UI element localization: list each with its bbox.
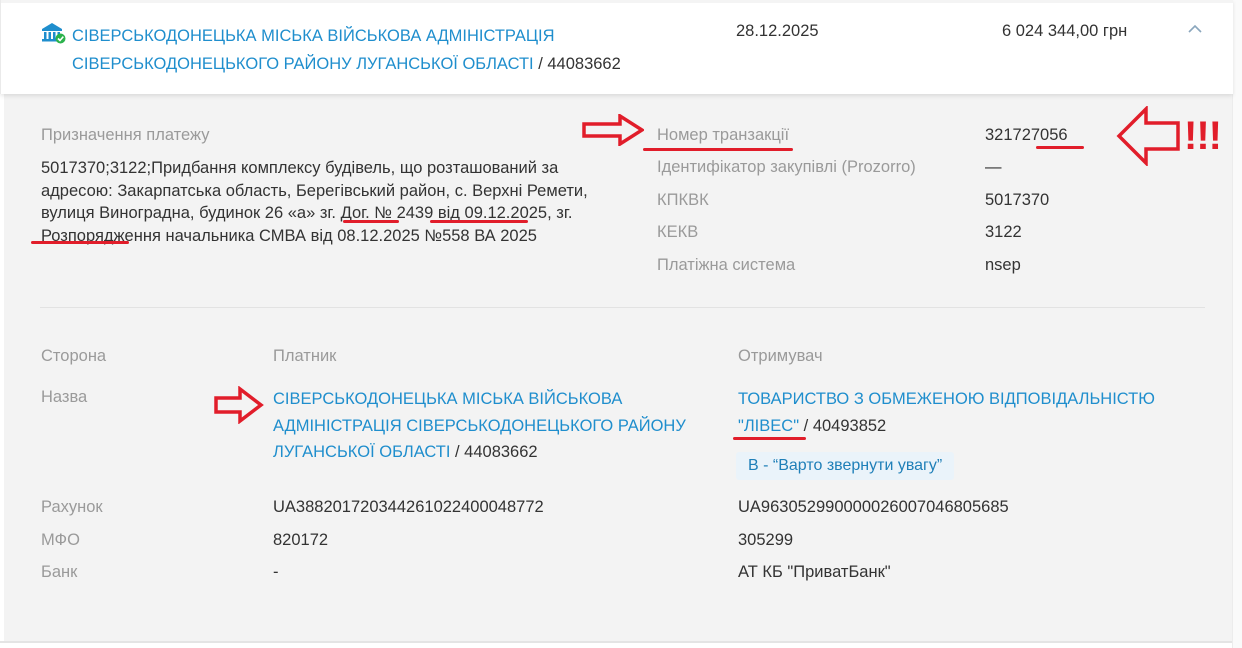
payer-mfo: 820172 — [273, 531, 328, 550]
annotation-underline — [31, 241, 129, 244]
field-value: nsep — [985, 256, 1021, 275]
bank-label: Банк — [41, 563, 77, 582]
field-label: КПКВК — [657, 191, 709, 210]
scrollbar-track[interactable] — [1232, 0, 1242, 648]
top-divider — [1, 0, 1233, 3]
field-value: — — [985, 158, 1002, 177]
payer-label: Платник — [273, 347, 336, 366]
recipient-account: UA963052990000026007046805685 — [738, 498, 1009, 517]
purpose-label: Призначення платежу — [41, 126, 209, 145]
annotation-exclamation: !!! — [1184, 116, 1221, 156]
recipient-name: ТОВАРИСТВО З ОБМЕЖЕНОЮ ВІДПОВІДАЛЬНІСТЮ … — [738, 386, 1155, 439]
payer-account: UA388201720344261022400048772 — [273, 498, 544, 517]
recipient-label: Отримувач — [738, 347, 823, 366]
header-org-name-line2[interactable]: СІВЕРСЬКОДОНЕЦЬКОГО РАЙОНУ ЛУГАНСЬКОЇ ОБ… — [72, 55, 534, 73]
annotation-underline — [343, 220, 399, 223]
field-label: Ідентифікатор закупівлі (Prozorro) — [657, 158, 916, 177]
header-org-code: / 44083662 — [538, 55, 621, 73]
recipient-bank: АТ КБ "ПриватБанк" — [738, 563, 891, 582]
payer-code: / 44083662 — [455, 443, 538, 461]
field-label: Платіжна система — [657, 256, 795, 275]
section-divider — [40, 307, 1205, 308]
header-org-name-line1[interactable]: СІВЕРСЬКОДОНЕЦЬКА МІСЬКА ВІЙСЬКОВА АДМІН… — [72, 27, 555, 45]
annotation-underline — [643, 148, 793, 151]
recipient-name-line1[interactable]: ТОВАРИСТВО З ОБМЕЖЕНОЮ ВІДПОВІДАЛЬНІСТЮ — [738, 390, 1155, 408]
field-value: 3122 — [985, 223, 1022, 242]
payer-name-line3[interactable]: ЛУГАНСЬКОЇ ОБЛАСТІ — [273, 443, 450, 461]
payer-name: СІВЕРСЬКОДОНЕЦЬКА МІСЬКА ВІЙСЬКОВА АДМІН… — [273, 386, 686, 466]
transaction-header[interactable]: СІВЕРСЬКОДОНЕЦЬКА МІСЬКА ВІЙСЬКОВА АДМІН… — [0, 0, 1233, 94]
field-label: КЕКВ — [657, 223, 698, 242]
payer-name-line1[interactable]: СІВЕРСЬКОДОНЕЦЬКА МІСЬКА ВІЙСЬКОВА — [273, 390, 622, 408]
recipient-mfo: 305299 — [738, 531, 793, 550]
header-organization: СІВЕРСЬКОДОНЕЦЬКА МІСЬКА ВІЙСЬКОВА АДМІН… — [72, 22, 662, 78]
recipient-name-line2[interactable]: "ЛІВЕС" — [738, 417, 799, 435]
annotation-underline — [430, 220, 528, 223]
transaction-amount: 6 024 344,00 грн — [1002, 22, 1127, 41]
transaction-number-link[interactable]: 321727056 — [985, 126, 1068, 145]
name-label: Назва — [41, 388, 87, 407]
mfo-label: МФО — [41, 531, 80, 550]
chevron-up-icon[interactable] — [1185, 20, 1205, 38]
field-label: Номер транзакції — [657, 126, 789, 145]
payer-bank: - — [273, 563, 279, 582]
risk-badge: В - “Варто звернути увагу” — [736, 452, 954, 480]
field-value: 5017370 — [985, 191, 1049, 210]
side-label: Сторона — [41, 347, 106, 366]
transaction-date: 28.12.2025 — [736, 22, 819, 41]
payer-name-line2[interactable]: АДМІНІСТРАЦІЯ СІВЕРСЬКОДОНЕЦЬКОГО РАЙОНУ — [273, 417, 686, 435]
annotation-underline — [733, 437, 806, 440]
bottom-divider — [0, 641, 1232, 643]
purpose-text: 5017370;3122;Придбання комплексу будівел… — [41, 157, 601, 247]
government-building-verified-icon — [41, 22, 67, 44]
recipient-code: / 40493852 — [804, 417, 887, 435]
annotation-underline — [1036, 146, 1084, 149]
account-label: Рахунок — [41, 498, 103, 517]
